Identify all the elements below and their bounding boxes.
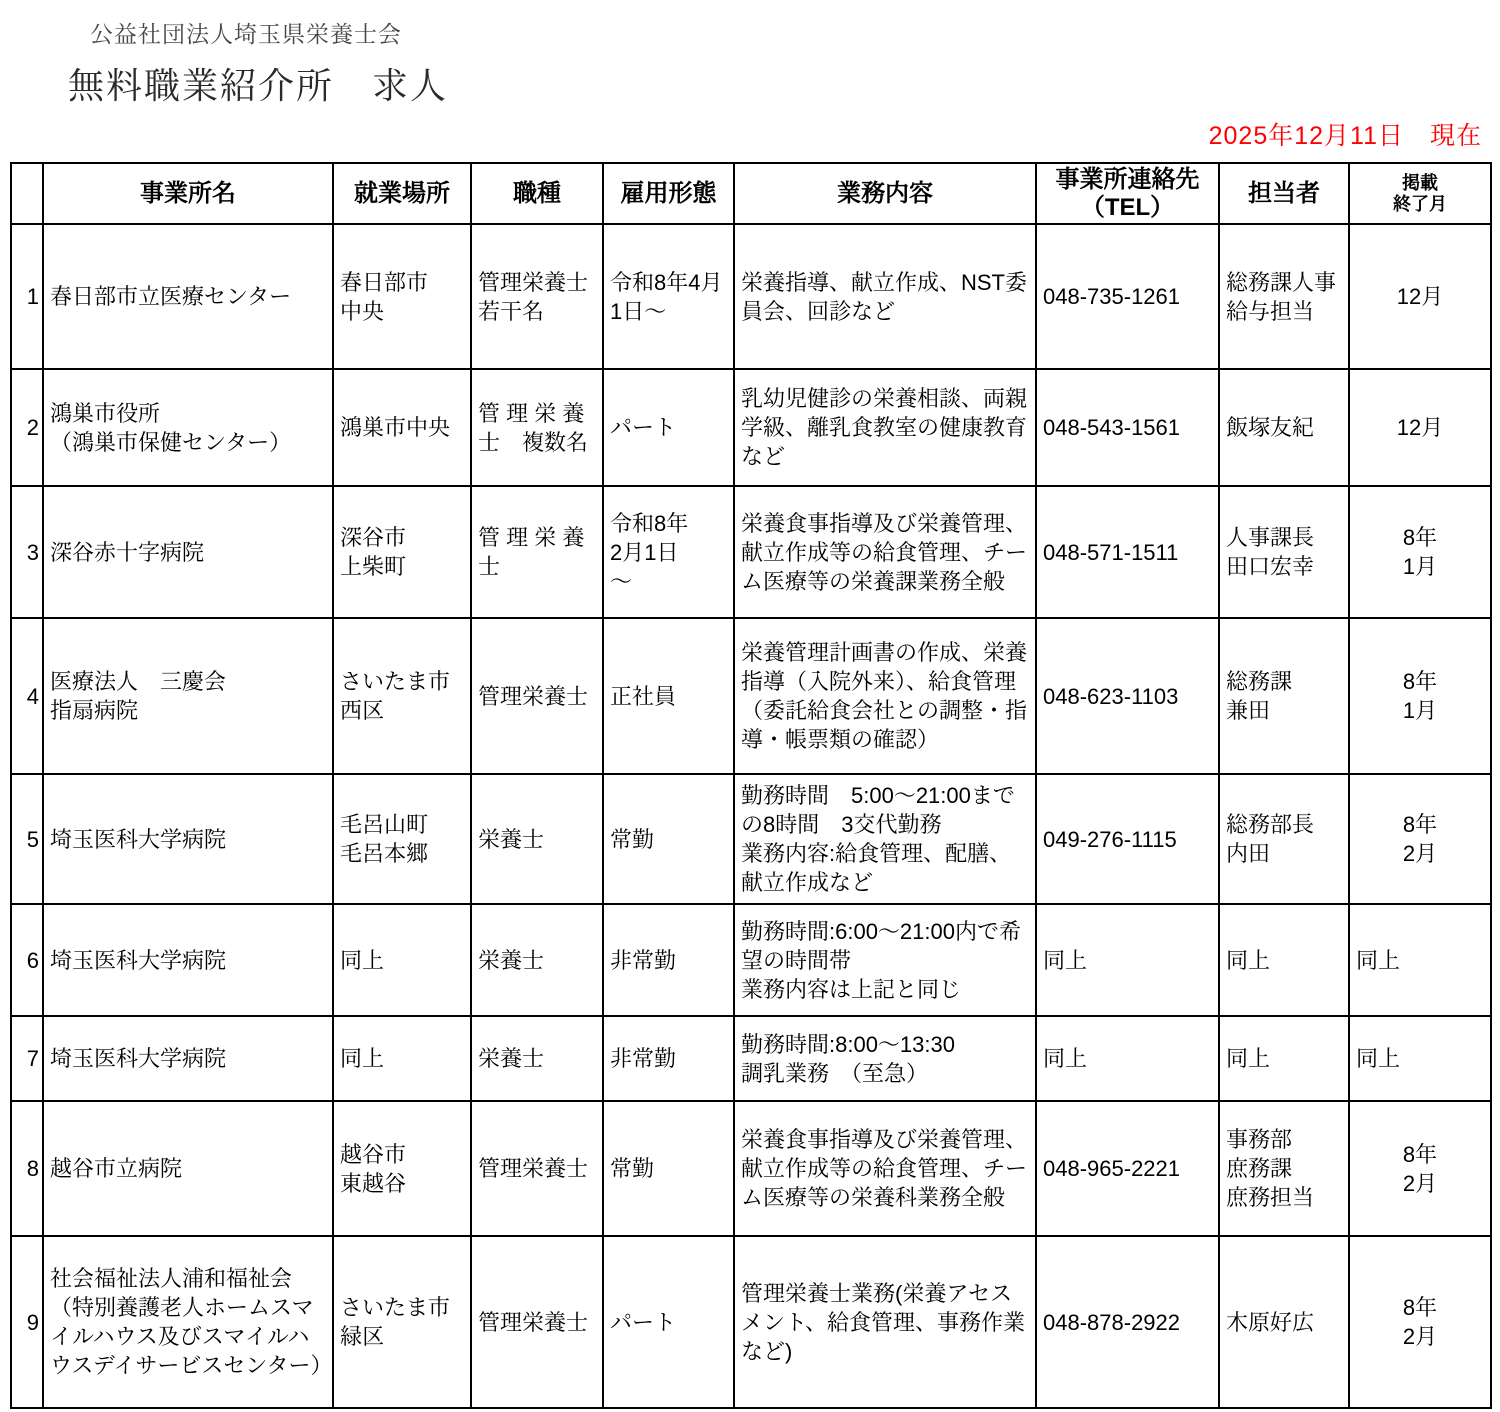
cell-location: 毛呂山町 毛呂本郷	[333, 774, 471, 904]
cell-row-number: 7	[11, 1016, 43, 1101]
cell-end-month: 12月	[1349, 369, 1491, 486]
cell-end-month: 同上	[1349, 1016, 1491, 1101]
cell-employment-type: パート	[603, 369, 734, 486]
cell-end-month: 8年 2月	[1349, 1101, 1491, 1236]
column-header-business-name: 事業所名	[43, 163, 333, 224]
cell-job-type: 管理栄養士 若干名	[471, 224, 603, 369]
cell-employment-type: 令和8年4月1日～	[603, 224, 734, 369]
column-header-description: 業務内容	[734, 163, 1036, 224]
table-row: 5 埼玉医科大学病院 毛呂山町 毛呂本郷 栄養士 常勤 勤務時間 5:00～21…	[11, 774, 1491, 904]
cell-contact-person: 飯塚友紀	[1219, 369, 1349, 486]
table-row: 1 春日部市立医療センター 春日部市 中央 管理栄養士 若干名 令和8年4月1日…	[11, 224, 1491, 369]
cell-tel: 048-735-1261	[1036, 224, 1219, 369]
cell-contact-person: 木原好広	[1219, 1236, 1349, 1408]
cell-employment-type: 非常勤	[603, 904, 734, 1016]
cell-end-month: 8年 1月	[1349, 618, 1491, 774]
cell-employment-type: 正社員	[603, 618, 734, 774]
cell-row-number: 9	[11, 1236, 43, 1408]
job-listings-table: 事業所名 就業場所 職種 雇用形態 業務内容 事業所連絡先 （TEL） 担当者 …	[10, 162, 1492, 1409]
cell-tel: 同上	[1036, 1016, 1219, 1101]
cell-location: 深谷市 上柴町	[333, 486, 471, 618]
column-header-location: 就業場所	[333, 163, 471, 224]
cell-description: 乳幼児健診の栄養相談、両親学級、離乳食教室の健康教育など	[734, 369, 1036, 486]
cell-tel: 048-623-1103	[1036, 618, 1219, 774]
cell-end-month: 同上	[1349, 904, 1491, 1016]
cell-location: 春日部市 中央	[333, 224, 471, 369]
cell-location: 同上	[333, 904, 471, 1016]
column-header-employment-type: 雇用形態	[603, 163, 734, 224]
cell-business-name: 越谷市立病院	[43, 1101, 333, 1236]
cell-row-number: 4	[11, 618, 43, 774]
cell-business-name: 鴻巣市役所 （鴻巣市保健センター）	[43, 369, 333, 486]
cell-business-name: 社会福祉法人浦和福祉会（特別養護老人ホームスマイルハウス及びスマイルハウスデイサ…	[43, 1236, 333, 1408]
table-header-row: 事業所名 就業場所 職種 雇用形態 業務内容 事業所連絡先 （TEL） 担当者 …	[11, 163, 1491, 224]
cell-description: 栄養指導、献立作成、NST委員会、回診など	[734, 224, 1036, 369]
table-row: 7 埼玉医科大学病院 同上 栄養士 非常勤 勤務時間:8:00～13:30 調乳…	[11, 1016, 1491, 1101]
cell-row-number: 8	[11, 1101, 43, 1236]
cell-employment-type: 令和8年 2月1日 ～	[603, 486, 734, 618]
table-row: 6 埼玉医科大学病院 同上 栄養士 非常勤 勤務時間:6:00～21:00内で希…	[11, 904, 1491, 1016]
cell-business-name: 春日部市立医療センター	[43, 224, 333, 369]
cell-tel: 048-878-2922	[1036, 1236, 1219, 1408]
cell-contact-person: 総務課 兼田	[1219, 618, 1349, 774]
column-header-tel: 事業所連絡先 （TEL）	[1036, 163, 1219, 224]
cell-description: 勤務時間:8:00～13:30 調乳業務 （至急）	[734, 1016, 1036, 1101]
cell-end-month: 12月	[1349, 224, 1491, 369]
table-row: 4 医療法人 三慶会 指扇病院 さいたま市 西区 管理栄養士 正社員 栄養管理計…	[11, 618, 1491, 774]
cell-employment-type: 常勤	[603, 1101, 734, 1236]
cell-description: 勤務時間 5:00～21:00までの8時間 3交代勤務 業務内容:給食管理、配膳…	[734, 774, 1036, 904]
current-date: 2025年12月11日 現在	[1209, 116, 1482, 152]
table-row: 9 社会福祉法人浦和福祉会（特別養護老人ホームスマイルハウス及びスマイルハウスデ…	[11, 1236, 1491, 1408]
cell-location: さいたま市 西区	[333, 618, 471, 774]
cell-business-name: 埼玉医科大学病院	[43, 904, 333, 1016]
cell-job-type: 管理栄養士	[471, 618, 603, 774]
cell-job-type: 管理栄養士	[471, 1236, 603, 1408]
cell-job-type: 栄養士	[471, 774, 603, 904]
cell-description: 管理栄養士業務(栄養アセスメント、給食管理、事務作業など)	[734, 1236, 1036, 1408]
cell-tel: 同上	[1036, 904, 1219, 1016]
table-row: 8 越谷市立病院 越谷市 東越谷 管理栄養士 常勤 栄養食事指導及び栄養管理、献…	[11, 1101, 1491, 1236]
page-title: 無料職業紹介所 求人	[68, 58, 448, 109]
cell-job-type: 栄養士	[471, 1016, 603, 1101]
cell-location: さいたま市 緑区	[333, 1236, 471, 1408]
cell-description: 栄養食事指導及び栄養管理、献立作成等の給食管理、チーム医療等の栄養科業務全般	[734, 1101, 1036, 1236]
cell-job-type: 管 理 栄 養 士 複数名	[471, 369, 603, 486]
column-header-number	[11, 163, 43, 224]
cell-job-type: 管 理 栄 養 士	[471, 486, 603, 618]
cell-employment-type: 非常勤	[603, 1016, 734, 1101]
cell-description: 勤務時間:6:00～21:00内で希望の時間帯 業務内容は上記と同じ	[734, 904, 1036, 1016]
cell-end-month: 8年 1月	[1349, 486, 1491, 618]
cell-contact-person: 総務部長 内田	[1219, 774, 1349, 904]
cell-employment-type: パート	[603, 1236, 734, 1408]
cell-row-number: 6	[11, 904, 43, 1016]
org-name: 公益社団法人埼玉県栄養士会	[90, 16, 402, 49]
column-header-contact-person: 担当者	[1219, 163, 1349, 224]
cell-tel: 049-276-1115	[1036, 774, 1219, 904]
cell-business-name: 埼玉医科大学病院	[43, 774, 333, 904]
cell-end-month: 8年 2月	[1349, 1236, 1491, 1408]
cell-tel: 048-965-2221	[1036, 1101, 1219, 1236]
cell-contact-person: 事務部 庶務課 庶務担当	[1219, 1101, 1349, 1236]
cell-job-type: 管理栄養士	[471, 1101, 603, 1236]
column-header-end-month: 掲載 終了月	[1349, 163, 1491, 224]
table-row: 3 深谷赤十字病院 深谷市 上柴町 管 理 栄 養 士 令和8年 2月1日 ～ …	[11, 486, 1491, 618]
cell-tel: 048-571-1511	[1036, 486, 1219, 618]
cell-tel: 048-543-1561	[1036, 369, 1219, 486]
cell-contact-person: 同上	[1219, 1016, 1349, 1101]
cell-contact-person: 人事課長 田口宏幸	[1219, 486, 1349, 618]
cell-job-type: 栄養士	[471, 904, 603, 1016]
cell-row-number: 2	[11, 369, 43, 486]
cell-location: 同上	[333, 1016, 471, 1101]
cell-row-number: 1	[11, 224, 43, 369]
cell-business-name: 医療法人 三慶会 指扇病院	[43, 618, 333, 774]
cell-contact-person: 同上	[1219, 904, 1349, 1016]
cell-employment-type: 常勤	[603, 774, 734, 904]
cell-business-name: 深谷赤十字病院	[43, 486, 333, 618]
column-header-job-type: 職種	[471, 163, 603, 224]
table-row: 2 鴻巣市役所 （鴻巣市保健センター） 鴻巣市中央 管 理 栄 養 士 複数名 …	[11, 369, 1491, 486]
cell-row-number: 5	[11, 774, 43, 904]
cell-location: 鴻巣市中央	[333, 369, 471, 486]
cell-end-month: 8年 2月	[1349, 774, 1491, 904]
cell-location: 越谷市 東越谷	[333, 1101, 471, 1236]
cell-row-number: 3	[11, 486, 43, 618]
cell-description: 栄養食事指導及び栄養管理、献立作成等の給食管理、チーム医療等の栄養課業務全般	[734, 486, 1036, 618]
cell-business-name: 埼玉医科大学病院	[43, 1016, 333, 1101]
cell-contact-person: 総務課人事給与担当	[1219, 224, 1349, 369]
cell-description: 栄養管理計画書の作成、栄養指導（入院外来）、給食管理（委託給食会社との調整・指導…	[734, 618, 1036, 774]
